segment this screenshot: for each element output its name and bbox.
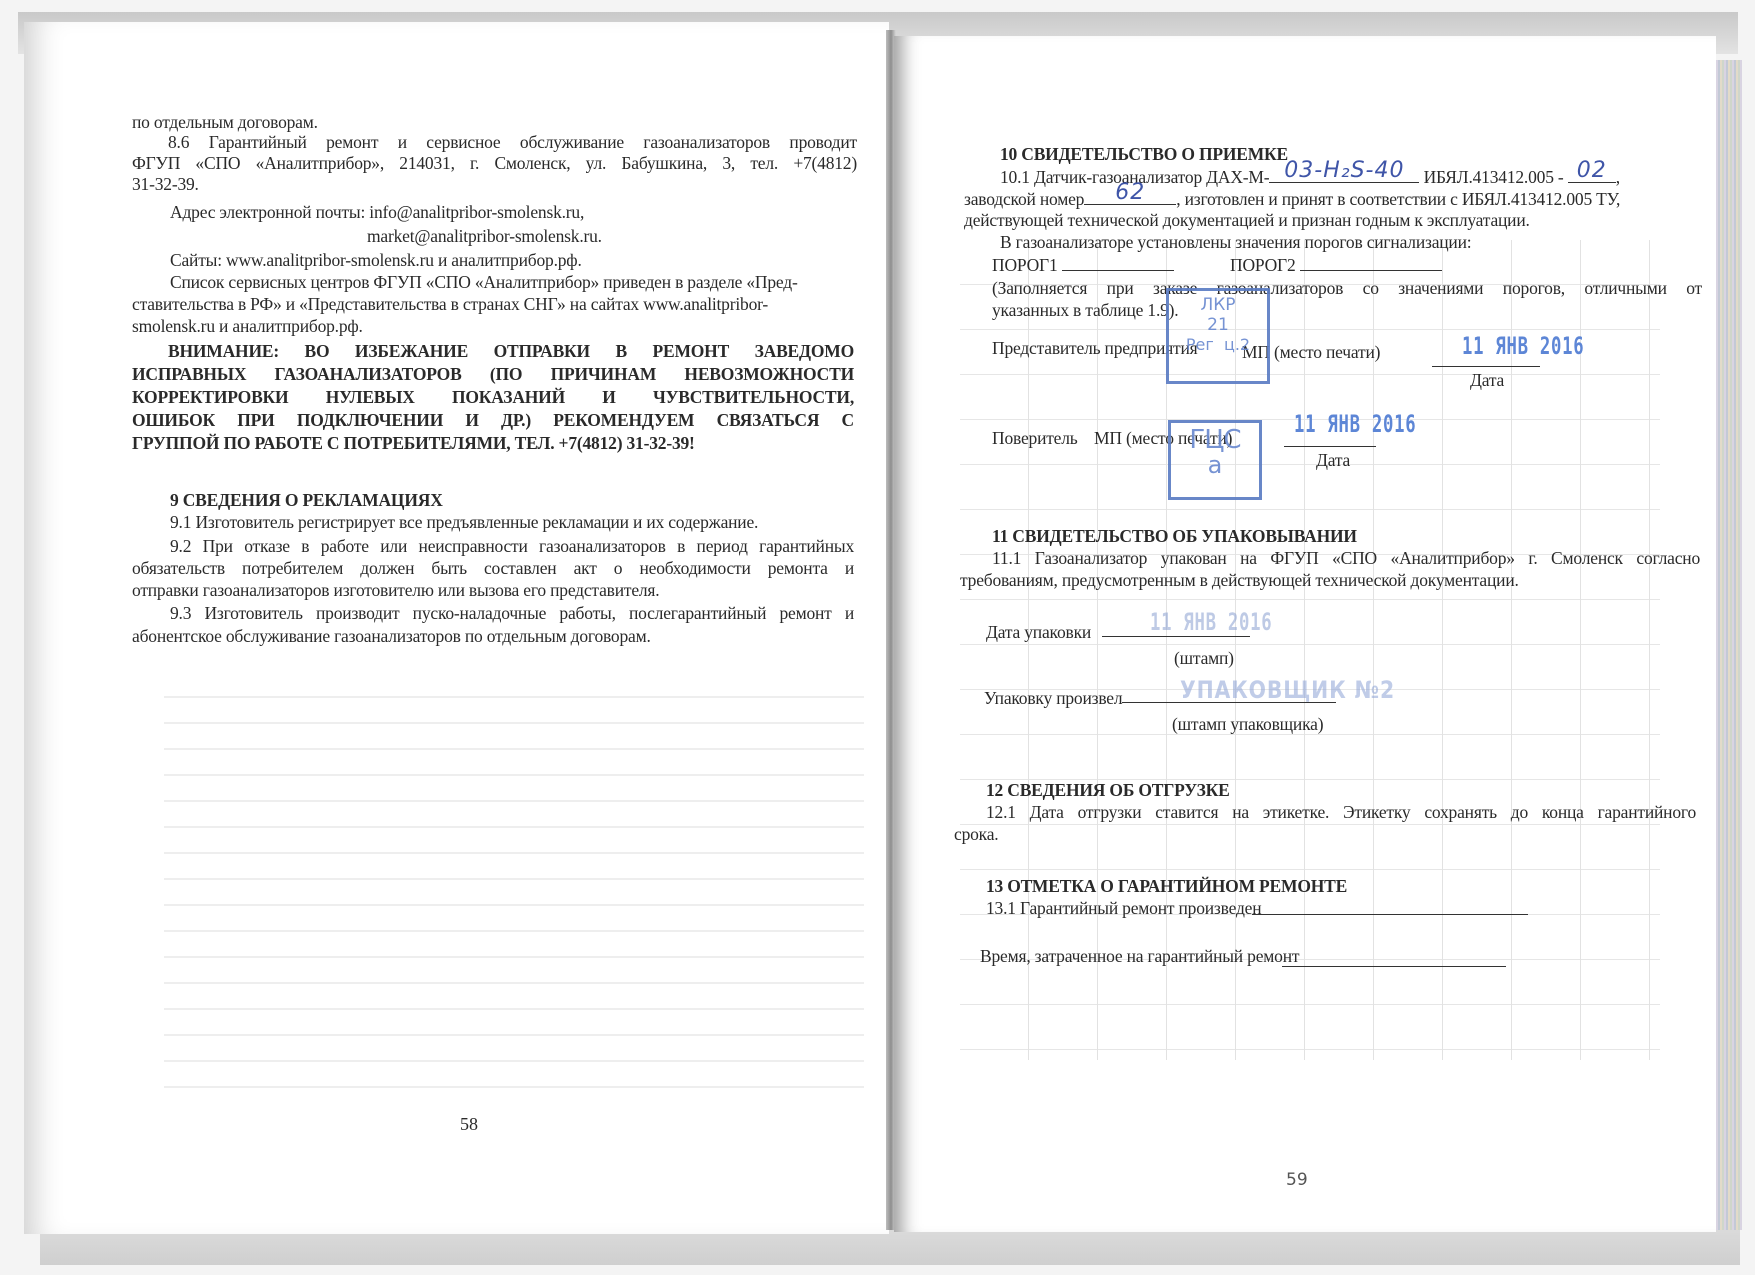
paragraph-9-3-line2: абонентское обслуживание газоанализаторо… xyxy=(132,626,651,647)
thresholds-note-line1: (Заполняется при заказе газоанализаторов… xyxy=(992,278,1702,299)
service-list-line3: smolensk.ru и аналитприбор.рф. xyxy=(132,316,363,337)
repair-time-field[interactable] xyxy=(1282,966,1506,967)
variant-handwritten-value: 02 xyxy=(1568,160,1616,182)
sites-line[interactable]: Сайты: www.analitpribor-smolensk.ru и ан… xyxy=(170,250,582,271)
repair-time-label: Время, затраченное на гарантийный ремонт xyxy=(980,946,1299,967)
verifier-label: Поверитель xyxy=(992,428,1078,449)
verification-date-line[interactable] xyxy=(1284,446,1376,447)
service-list-line1: Список сервисных центров ФГУП «СПО «Анал… xyxy=(170,272,798,293)
warning-line2: ИСПРАВНЫХ ГАЗОАНАЛИЗАТОРОВ (ПО ПРИЧИНАМ … xyxy=(132,363,854,385)
email-line[interactable]: Адрес электронной почты: info@analitprib… xyxy=(170,202,584,223)
paragraph-11-1-line1: 11.1 Газоанализатор упакован на ФГУП «СП… xyxy=(964,548,1700,569)
otk-stamp-line1: ЛКР xyxy=(1169,295,1267,315)
serial-handwritten-value: 62 xyxy=(1084,182,1176,204)
section-12-title: 12 СВЕДЕНИЯ ОБ ОТГРУЗКЕ xyxy=(986,780,1230,801)
model-handwritten-value: 03-H₂S-40 xyxy=(1269,160,1419,182)
acceptance-date-line[interactable] xyxy=(1432,366,1540,367)
section-11-title: 11 СВИДЕТЕЛЬСТВО ОБ УПАКОВЫВАНИИ xyxy=(992,526,1357,547)
paragraph-8-6-line3: 31-32-39. xyxy=(132,174,199,195)
serial-rest: , изготовлен и принят в соответствии с И… xyxy=(1176,189,1620,209)
section-9-title: 9 СВЕДЕНИЯ О РЕКЛАМАЦИЯХ xyxy=(170,490,443,511)
show-through-texture xyxy=(164,672,864,1092)
verifier-stamp-line3: а xyxy=(1171,453,1259,477)
page-59: 10 СВИДЕТЕЛЬСТВО О ПРИЕМКЕ 10.1 Датчик-г… xyxy=(894,36,1716,1232)
page-number: 58 xyxy=(460,1114,478,1135)
page-58: по отдельным договорам. 8.6 Гарантийный … xyxy=(24,22,889,1234)
paragraph-8-6-line1: 8.6 Гарантийный ремонт и сервисное обслу… xyxy=(132,132,857,153)
threshold-1-label: ПОРОГ1 xyxy=(992,255,1058,275)
acceptance-date-stamp: 11 ЯНВ 2016 xyxy=(1462,332,1584,360)
acceptance-date-label: Дата xyxy=(1470,370,1504,391)
otk-stamp: ЛКР 21 Рег ц.2 xyxy=(1166,288,1270,384)
section-13-title: 13 ОТМЕТКА О ГАРАНТИЙНОМ РЕМОНТЕ xyxy=(986,876,1347,897)
warning-line4: ОШИБОК ПРИ ПОДКЛЮЧЕНИИ И ДР.) РЕКОМЕНДУЕ… xyxy=(132,409,854,431)
packer-line[interactable] xyxy=(1122,702,1336,703)
verification-date-stamp: 11 ЯНВ 2016 xyxy=(1294,410,1416,438)
service-list-line2: ставительства в РФ» и «Представительства… xyxy=(132,294,768,315)
paragraph-9-1: 9.1 Изготовитель регистрирует все предъя… xyxy=(170,512,758,533)
paragraph-9-2-line2: обязательств потребителем должен быть со… xyxy=(132,558,854,579)
threshold-2: ПОРОГ2 xyxy=(1230,254,1442,276)
paragraph-12-1-line2: срока. xyxy=(954,824,998,845)
paragraph-10-1-line3: действующей технической документацией и … xyxy=(964,210,1530,231)
warranty-repair-label: 13.1 Гарантийный ремонт произведен xyxy=(986,898,1261,919)
verifier-stamp: ГЦС а xyxy=(1168,420,1262,500)
section-10-title: 10 СВИДЕТЕЛЬСТВО О ПРИЕМКЕ xyxy=(1000,144,1288,165)
email-line-2[interactable]: market@analitpribor-smolensk.ru. xyxy=(367,226,602,247)
threshold-1: ПОРОГ1 xyxy=(992,254,1174,276)
serial-label: заводской номер xyxy=(964,189,1084,209)
page-number: 59 xyxy=(1286,1170,1308,1190)
otk-stamp-line2: 21 xyxy=(1169,315,1267,335)
pack-date-caption: (штамп) xyxy=(1174,648,1234,669)
threshold-2-label: ПОРОГ2 xyxy=(1230,255,1296,275)
threshold-2-field[interactable] xyxy=(1300,254,1442,271)
threshold-1-field[interactable] xyxy=(1062,254,1174,271)
packer-stamp: УПАКОВЩИК №2 xyxy=(1180,676,1395,704)
warning-line3: КОРРЕКТИРОВКИ НУЛЕВЫХ ПОКАЗАНИЙ И ЧУВСТВ… xyxy=(132,386,854,408)
thresholds-intro: В газоанализаторе установлены значения п… xyxy=(1000,232,1471,253)
pack-date-stamp: 11 ЯНВ 2016 xyxy=(1150,608,1272,636)
pack-date-line[interactable] xyxy=(1102,636,1250,637)
verification-date-label: Дата xyxy=(1316,450,1350,471)
paragraph-9-3-line1: 9.3 Изготовитель производит пуско-наладо… xyxy=(132,603,854,624)
packer-label: Упаковку произвел xyxy=(984,688,1122,709)
model-field[interactable]: 03-H₂S-40 xyxy=(1269,166,1419,183)
warranty-repair-field[interactable] xyxy=(1252,914,1528,915)
pack-date-label: Дата упаковки xyxy=(986,622,1091,643)
paragraph-10-1-line2: заводской номер62, изготовлен и принят в… xyxy=(964,188,1620,210)
show-through-table xyxy=(960,240,1660,1060)
paragraph-12-1-line1: 12.1 Дата отгрузки ставится на этикетке.… xyxy=(986,802,1696,823)
serial-number-field[interactable]: 62 xyxy=(1084,188,1176,205)
verifier-stamp-line1: ГЦС xyxy=(1171,427,1259,453)
thresholds-note-line2: указанных в таблице 1.9). xyxy=(992,300,1178,321)
warning-line5: ГРУППОЙ ПО РАБОТЕ С ПОТРЕБИТЕЛЯМИ, ТЕЛ. … xyxy=(132,432,695,454)
packer-caption: (штамп упаковщика) xyxy=(1172,714,1323,735)
paragraph-9-2-line3: отправки газоанализаторов изготовителю и… xyxy=(132,580,659,601)
paragraph-8-6-line2: ФГУП «СПО «Аналитприбор», 214031, г. Смо… xyxy=(132,153,857,174)
text-line: по отдельным договорам. xyxy=(132,112,318,133)
warning-line1: ВНИМАНИЕ: ВО ИЗБЕЖАНИЕ ОТПРАВКИ В РЕМОНТ… xyxy=(132,340,854,362)
otk-stamp-line3: Рег ц.2 xyxy=(1169,335,1267,354)
paragraph-11-1-line2: требованиям, предусмотренным в действующ… xyxy=(960,570,1519,591)
page-edges xyxy=(1716,60,1742,1230)
variant-field[interactable]: 02 xyxy=(1568,166,1616,183)
designation: ИБЯЛ.413412.005 - xyxy=(1424,167,1564,187)
paragraph-9-2-line1: 9.2 При отказе в работе или неисправност… xyxy=(132,536,854,557)
